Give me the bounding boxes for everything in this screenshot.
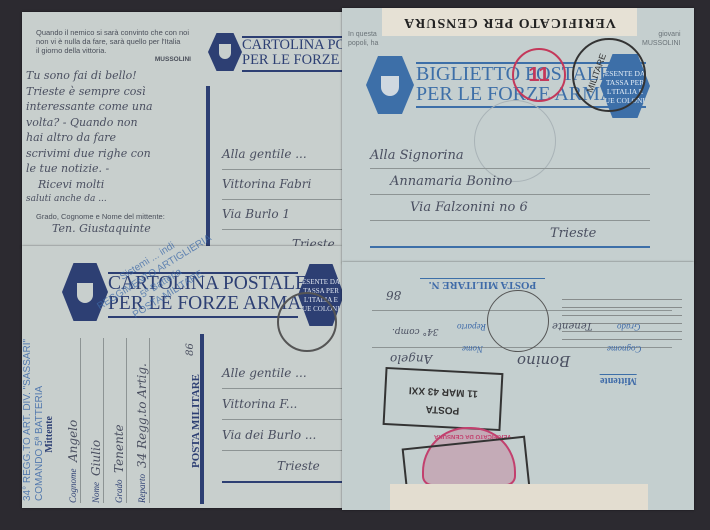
value-cognome: Bonino bbox=[517, 352, 570, 370]
value-nome: Angelo bbox=[390, 352, 432, 366]
quote-author: MUSSOLINI bbox=[36, 55, 191, 64]
mittente-label: Mittente bbox=[44, 416, 55, 453]
value-grado: Tenente bbox=[552, 320, 593, 331]
handwritten-message: Tu sono fai di bello! Trieste è sempre c… bbox=[26, 68, 201, 208]
value-reparto: 34° comp. bbox=[392, 326, 438, 336]
label-grado: Grado bbox=[617, 322, 641, 332]
field-nome: Nome Giulio bbox=[89, 338, 104, 503]
lettercard-back-bottom-right: POSTA MILITARE N. 86 Grado Reparto Cogno… bbox=[342, 262, 694, 510]
postcard-bottom-left: CARTOLINA POSTALE PER LE FORZE ARMATE ES… bbox=[22, 246, 342, 508]
coat-of-arms-icon bbox=[366, 56, 414, 114]
field-grado: Grado Tenente bbox=[112, 338, 127, 503]
quote-line: Quando il nemico si sarà convinto che co… bbox=[36, 28, 191, 37]
address-block: Alla Signorina Annamaria Bonino Via Falz… bbox=[370, 143, 650, 248]
card-title: CARTOLINA POSTALE PER LE FORZE ARMATE bbox=[242, 36, 352, 72]
pm-number: 86 bbox=[185, 343, 196, 356]
unit-stamp: 34° REGG.TO ART. DIV. "SASSARI" COMANDO … bbox=[22, 286, 46, 501]
label-cognome: Cognome bbox=[607, 344, 642, 354]
label-nome: Nome bbox=[462, 344, 483, 354]
address-block: Alle gentile ... Vittorina F... Via dei … bbox=[222, 358, 342, 483]
sender-value: Ten. Giustaquinte bbox=[52, 222, 151, 235]
machine-postmark bbox=[487, 290, 549, 352]
sender-label: Grado, Cognome e Nome del mittente: bbox=[36, 212, 165, 221]
quote-block: Quando il nemico si sarà convinto che co… bbox=[36, 28, 191, 64]
pm-number: 86 bbox=[386, 288, 401, 302]
coat-of-arms-icon bbox=[208, 33, 242, 71]
divider-bar bbox=[200, 334, 204, 504]
posta-militare-label: POSTA MILITARE N. bbox=[420, 278, 545, 291]
quote-left: In questa popoli, ha bbox=[348, 30, 378, 48]
wavy-cancel bbox=[562, 292, 682, 342]
quote-line: non vi è nulla da fare, sarà quello per … bbox=[36, 37, 191, 46]
quote-line: il giorno della vittoria. bbox=[36, 46, 191, 55]
field-cognome: Cognome Angelo bbox=[66, 338, 81, 503]
box-postmark: POSTA 11 MAR 43 XXI bbox=[383, 367, 504, 431]
censor-strip: VERIFICATO PER CENSURA bbox=[382, 8, 637, 36]
postmark bbox=[277, 292, 337, 352]
paper-strip bbox=[390, 484, 648, 510]
sender-fields: Cognome Angelo Nome Giulio Grado Tenente… bbox=[66, 338, 150, 503]
lettercard-top-right: In questa popoli, ha giovani MUSSOLINI V… bbox=[342, 8, 694, 263]
postmark: MILITARE bbox=[572, 38, 646, 112]
field-reparto: Reparto 34 Regg.to Artig. bbox=[135, 338, 150, 503]
address-block: Alla gentile ... Vittorina Fabri Via Bur… bbox=[222, 140, 352, 259]
quote-right: giovani MUSSOLINI bbox=[642, 30, 681, 48]
postcard-top-left: Quando il nemico si sarà convinto che co… bbox=[22, 12, 352, 248]
mittente-label: Mittente bbox=[600, 374, 637, 386]
label-reparto: Reparto bbox=[457, 322, 486, 332]
red-censor-mark: 11 bbox=[512, 48, 566, 102]
